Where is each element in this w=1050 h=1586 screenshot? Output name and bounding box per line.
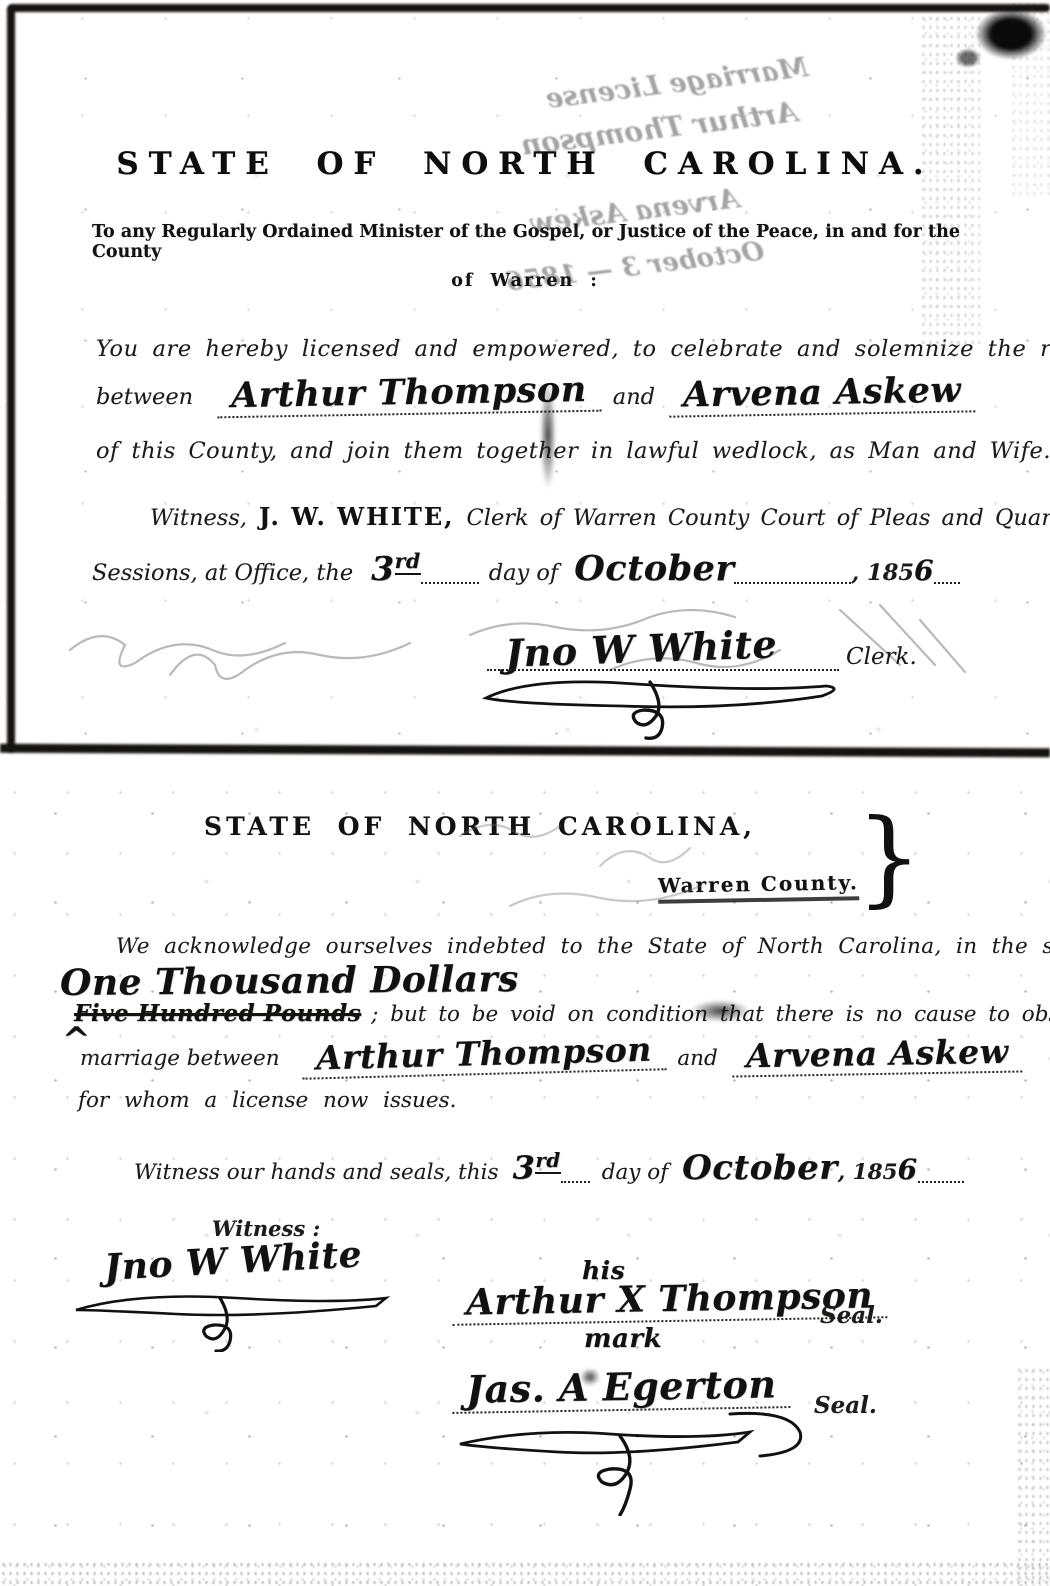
- between-label: between: [96, 384, 193, 410]
- license-county-line: of Warren :: [0, 271, 1050, 291]
- license-fill-line: between Arthur Thompson and Arvena Askew: [96, 372, 964, 415]
- scan-grain-bottom: [0, 1560, 1050, 1586]
- day-field: 3rd: [513, 1148, 561, 1187]
- day-field: 3rd: [371, 549, 421, 588]
- ink-smudge: [690, 1000, 750, 1022]
- signature-dotted-line: [487, 668, 839, 671]
- scan-grain-right: [1016, 1366, 1050, 1586]
- license-body-line3: of this County, and join them together i…: [96, 438, 1050, 464]
- ink-blob-small: [955, 48, 981, 68]
- license-addressee-line: To any Regularly Ordained Minister of th…: [92, 222, 960, 262]
- day-of-label: day of: [602, 1160, 668, 1185]
- year-digit-field: 6: [914, 554, 934, 587]
- document-scan: Marriage License Arthur Thompson Arvena …: [0, 0, 1050, 1586]
- bond-fill-line: marriage between Arthur Thompson and Arv…: [80, 1034, 964, 1075]
- dotted-leader: [734, 581, 851, 584]
- year-digit-field: 6: [898, 1153, 918, 1186]
- ink-blob: [975, 8, 1047, 60]
- bond-attest-line: Witness our hands and seals, this 3rd da…: [134, 1148, 964, 1188]
- month-field: October: [574, 548, 734, 589]
- dotted-leader: [934, 581, 960, 584]
- signature-flourish: [430, 1406, 850, 1516]
- bond-title: STATE OF NORTH CAROLINA,: [170, 812, 790, 841]
- month-field: October: [682, 1148, 838, 1188]
- bond-page: STATE OF NORTH CAROLINA, Warren County. …: [0, 756, 1050, 1586]
- and-label: and: [613, 384, 655, 410]
- attest-prefix: Witness our hands and seals, this: [134, 1160, 499, 1185]
- marriage-between-label: marriage between: [80, 1046, 280, 1071]
- ink-spot: [580, 1368, 600, 1386]
- bride-name-field: Arvena Askew: [669, 369, 976, 417]
- amount-struck-field: Five Hundred Pounds: [74, 1000, 361, 1027]
- witness-line1-rest: Clerk of Warren County Court of Pleas an…: [467, 505, 1050, 531]
- day-of-label: day of: [489, 560, 559, 586]
- seal-label: Seal.: [820, 1302, 883, 1329]
- license-title: STATE OF NORTH CAROLINA.: [0, 146, 1050, 182]
- amount-written-field: One Thousand Dollars: [60, 958, 519, 1004]
- scan-edge-left: [7, 6, 15, 752]
- bond-county: Warren County.: [658, 870, 859, 904]
- bride-name-field: Arvena Askew: [731, 1031, 1022, 1077]
- year-printed: , 185: [851, 560, 914, 586]
- witness-line2-prefix: Sessions, at Office, the: [92, 560, 353, 586]
- license-page: Marriage License Arthur Thompson Arvena …: [0, 0, 1050, 756]
- witness-label: Witness,: [150, 505, 247, 531]
- bond-body-line1: We acknowledge ourselves indebted to the…: [116, 934, 1050, 959]
- brace-glyph: }: [856, 796, 922, 918]
- clerk-role-label: Clerk.: [846, 644, 917, 670]
- bondsman-signature: Jas. A Egerton: [452, 1361, 791, 1414]
- bond-body-line4: for whom a license now issues.: [78, 1088, 456, 1113]
- license-witness-line1: Witness, J. W. WHITE, Clerk of Warren Co…: [150, 502, 1050, 531]
- year-printed: , 185: [838, 1160, 898, 1185]
- ink-drip: [540, 380, 556, 490]
- dotted-leader: [918, 1180, 964, 1183]
- groom-mark-label: mark: [584, 1324, 662, 1354]
- license-witness-line2: Sessions, at Office, the 3rd day of Octo…: [92, 548, 960, 589]
- groom-name-field: Arthur Thompson: [301, 1029, 666, 1080]
- bond-body-line2: Five Hundred Pounds ; but to be void on …: [74, 1000, 1050, 1027]
- and-label: and: [677, 1046, 717, 1071]
- scan-edge-top: [8, 4, 1050, 12]
- witness-signature: Jno W White: [103, 1233, 363, 1288]
- signature-flourish: [478, 672, 848, 742]
- dotted-leader: [421, 581, 479, 584]
- seal-label: Seal.: [814, 1392, 877, 1419]
- clerk-printed-name: J. W. WHITE,: [259, 502, 455, 531]
- license-body-line1: You are hereby licensed and empowered, t…: [96, 336, 1050, 362]
- signature-flourish: [70, 1280, 400, 1352]
- dotted-leader: [561, 1180, 590, 1183]
